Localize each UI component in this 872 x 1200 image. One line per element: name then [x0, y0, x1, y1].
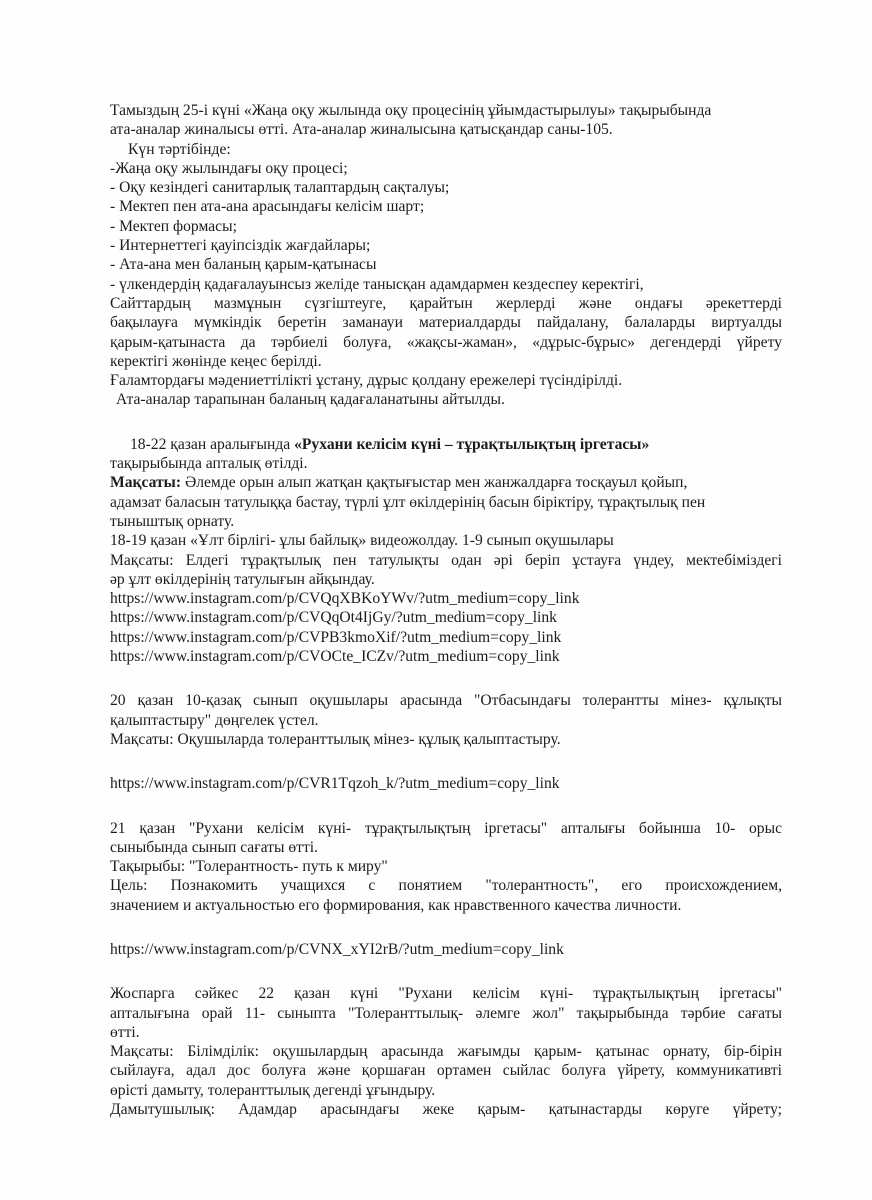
- spacer: [110, 410, 782, 435]
- paragraph-line: қарым-қатынаста да тәрбиелі болуға, «жақ…: [110, 333, 782, 352]
- agenda-item: - Ата-ана мен баланың қарым-қатынасы: [110, 255, 782, 274]
- upbringing-goal: сыйлауға, адал дос болуға және қоршаған …: [110, 1061, 782, 1080]
- paragraph-line: керектігі жөнінде кеңес берілді.: [110, 352, 782, 371]
- upbringing-goal: өрісті дамыту, толеранттылық дегенді ұғы…: [110, 1081, 782, 1100]
- upbringing-line: Жоспарга сәйкес 22 қазан күні "Рухани ке…: [110, 984, 782, 1003]
- week-heading: 18-22 қазан аралығында «Рухани келісім к…: [110, 435, 782, 454]
- class-hour-line: 21 қазан "Рухани келісім күні- тұрақтылы…: [110, 819, 782, 838]
- upbringing-line: өтті.: [110, 1023, 782, 1042]
- class-hour-aim: Цель: Познакомить учащихся с понятием "т…: [110, 876, 782, 895]
- instagram-link[interactable]: https://www.instagram.com/p/CVR1Tqzoh_k/…: [110, 774, 782, 793]
- goal-label: Мақсаты:: [110, 474, 181, 491]
- spacer: [110, 666, 782, 691]
- agenda-title: Күн тәртібінде:: [110, 140, 782, 159]
- instagram-link[interactable]: https://www.instagram.com/p/CVOCte_ICZv/…: [110, 647, 782, 666]
- round-table-line: қалыптастыру" дөңгелек үстел.: [110, 711, 782, 730]
- agenda-item: - үлкендердің қадағалауынсыз желіде таны…: [110, 275, 782, 294]
- instagram-link[interactable]: https://www.instagram.com/p/CVQqXBKoYWv/…: [110, 589, 782, 608]
- agenda-item: -Жаңа оқу жылындағы оқу процесі;: [110, 159, 782, 178]
- scanned-page: Тамыздың 25-і күні «Жаңа оқу жылында оқу…: [0, 0, 872, 1200]
- upbringing-goal: Мақсаты: Білімділік: оқушылардың арасынд…: [110, 1042, 782, 1061]
- round-table-goal: Мақсаты: Оқушыларда толеранттылық мінез-…: [110, 730, 782, 749]
- video-line: 18-19 қазан «Ұлт бірлігі- ұлы байлық» ви…: [110, 531, 782, 550]
- agenda-item: - Оқу кезіндегі санитарлық талаптардың с…: [110, 178, 782, 197]
- spacer: [110, 794, 782, 819]
- class-hour-aim: значением и актуальностью его формирован…: [110, 896, 782, 915]
- upbringing-line: апталығына орай 11- сыныпта "Толеранттыл…: [110, 1004, 782, 1023]
- parents-line: Ата-аналар тарапынан баланың қадағаланат…: [110, 390, 782, 409]
- goal-line: Мақсаты: Әлемде орын алып жатқан қақтығы…: [110, 473, 782, 492]
- video-goal-line: әр ұлт өкілдерінің татулығын айқындау.: [110, 570, 782, 589]
- agenda-item: - Мектеп пен ата-ана арасындағы келісім …: [110, 197, 782, 216]
- document-body: Тамыздың 25-і күні «Жаңа оқу жылында оқу…: [110, 101, 782, 1119]
- rules-line: Ғаламтордағы мәдениеттілікті ұстану, дұр…: [110, 371, 782, 390]
- agenda-item: - Мектеп формасы;: [110, 217, 782, 236]
- paragraph-line: бақылауға мүмкіндік беретін заманауи мат…: [110, 313, 782, 332]
- instagram-link[interactable]: https://www.instagram.com/p/CVPB3kmoXif/…: [110, 628, 782, 647]
- round-table-line: 20 қазан 10-қазақ сынып оқушылары арасын…: [110, 691, 782, 710]
- paragraph-line: Сайттардың мазмұнын сүзгіштеуге, қарайты…: [110, 294, 782, 313]
- week-title: «Рухани келісім күні – тұрақтылықтың ірг…: [294, 436, 649, 453]
- goal-line: тыныштық орнату.: [110, 512, 782, 531]
- instagram-link[interactable]: https://www.instagram.com/p/CVNX_xYI2rB/…: [110, 940, 782, 959]
- instagram-link[interactable]: https://www.instagram.com/p/CVQqOt4IjGy/…: [110, 608, 782, 627]
- spacer: [110, 749, 782, 774]
- agenda-item: - Интернеттегі қауіпсіздік жағдайлары;: [110, 236, 782, 255]
- class-hour-line: сыныбында сынып сағаты өтті.: [110, 838, 782, 857]
- goal-text: Әлемде орын алып жатқан қақтығыстар мен …: [181, 474, 687, 491]
- development-line: Дамытушылық: Адамдар арасындағы жеке қар…: [110, 1100, 782, 1119]
- intro-line: ата-аналар жиналысы өтті. Ата-аналар жин…: [110, 120, 782, 139]
- spacer: [110, 915, 782, 940]
- week-suffix: тақырыбында апталық өтілді.: [110, 454, 782, 473]
- intro-line: Тамыздың 25-і күні «Жаңа оқу жылында оқу…: [110, 101, 782, 120]
- week-prefix: 18-22 қазан аралығында: [130, 436, 294, 453]
- video-goal-line: Мақсаты: Елдегі тұрақтылық пен татулықты…: [110, 551, 782, 570]
- goal-line: адамзат баласын татулыққа бастау, түрлі …: [110, 493, 782, 512]
- spacer: [110, 959, 782, 984]
- class-hour-topic: Тақырыбы: "Толерантность- путь к миру": [110, 857, 782, 876]
